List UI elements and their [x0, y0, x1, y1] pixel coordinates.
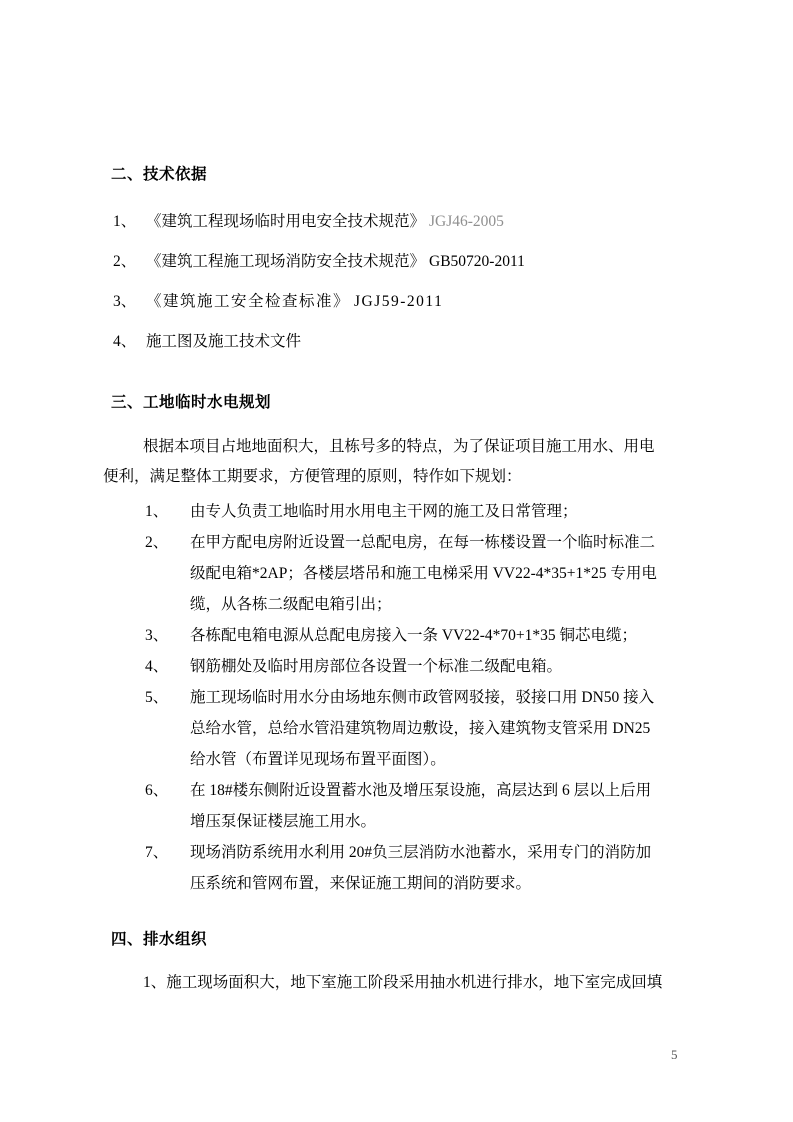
- reference-title: 施工图及施工技术文件: [146, 333, 301, 350]
- reference-code: JGJ59-2011: [354, 293, 443, 310]
- reference-item: 3、 《建筑施工安全检查标准》JGJ59-2011: [103, 282, 685, 322]
- item-text: 各栋配电箱电源从总配电房接入一条 VV22-4*70+1*35 铜芯电缆；: [190, 620, 685, 651]
- document-page: 二、技术依据 1、 《建筑工程现场临时用电安全技术规范》JGJ46-2005 2…: [0, 0, 793, 1122]
- utilities-intro-paragraph: 根据本项目占地地面积大，且栋号多的特点，为了保证项目施工用水、用电 便利，满足整…: [103, 432, 685, 492]
- item-text: 由专人负责工地临时用水用电主干网的施工及日常管理；: [190, 496, 685, 527]
- reference-text: 《建筑工程现场临时用电安全技术规范》JGJ46-2005: [146, 202, 504, 242]
- list-item: 4、 钢筋棚处及临时用房部位各设置一个标准二级配电箱。: [103, 651, 685, 682]
- item-text: 在甲方配电房附近设置一总配电房，在每一栋楼设置一个临时标准二 级配电箱*2AP；…: [190, 527, 685, 620]
- reference-text: 《建筑工程施工现场消防安全技术规范》GB50720-2011: [146, 242, 525, 282]
- reference-item: 2、 《建筑工程施工现场消防安全技术规范》GB50720-2011: [103, 242, 685, 282]
- reference-code: GB50720-2011: [429, 253, 525, 270]
- list-item: 2、 在甲方配电房附近设置一总配电房，在每一栋楼设置一个临时标准二 级配电箱*2…: [103, 527, 685, 620]
- reference-title: 《建筑工程现场临时用电安全技术规范》: [146, 213, 425, 230]
- item-number: 5、: [145, 682, 190, 775]
- document-content: 二、技术依据 1、 《建筑工程现场临时用电安全技术规范》JGJ46-2005 2…: [103, 0, 685, 998]
- reference-title: 《建筑工程施工现场消防安全技术规范》: [146, 253, 425, 270]
- reference-number: 4、: [113, 322, 146, 362]
- item-number: 7、: [145, 837, 190, 899]
- page-number: 5: [671, 1047, 678, 1063]
- list-item: 1、 由专人负责工地临时用水用电主干网的施工及日常管理；: [103, 496, 685, 527]
- item-text: 在 18#楼东侧附近设置蓄水池及增压泵设施，高层达到 6 层以上后用 增压泵保证…: [190, 775, 685, 837]
- utilities-item-list: 1、 由专人负责工地临时用水用电主干网的施工及日常管理； 2、 在甲方配电房附近…: [103, 496, 685, 899]
- item-number: 1、: [145, 496, 190, 527]
- item-number: 2、: [145, 527, 190, 620]
- item-text: 施工现场临时用水分由场地东侧市政管网驳接，驳接口用 DN50 接入 总给水管，总…: [190, 682, 685, 775]
- item-number: 6、: [145, 775, 190, 837]
- item-number: 4、: [145, 651, 190, 682]
- reference-text: 《建筑施工安全检查标准》JGJ59-2011: [146, 282, 443, 322]
- reference-number: 3、: [113, 282, 146, 322]
- list-item: 6、 在 18#楼东侧附近设置蓄水池及增压泵设施，高层达到 6 层以上后用 增压…: [103, 775, 685, 837]
- item-text: 钢筋棚处及临时用房部位各设置一个标准二级配电箱。: [190, 651, 685, 682]
- reference-text: 施工图及施工技术文件: [146, 322, 301, 362]
- list-item: 7、 现场消防系统用水利用 20#负三层消防水池蓄水，采用专门的消防加 压系统和…: [103, 837, 685, 899]
- list-item: 5、 施工现场临时用水分由场地东侧市政管网驳接，驳接口用 DN50 接入 总给水…: [103, 682, 685, 775]
- reference-title: 《建筑施工安全检查标准》: [146, 293, 350, 310]
- section-heading-technical-basis: 二、技术依据: [103, 164, 685, 186]
- section-heading-drainage-organization: 四、排水组织: [103, 929, 685, 951]
- reference-number: 1、: [113, 202, 146, 242]
- reference-item: 4、 施工图及施工技术文件: [103, 322, 685, 362]
- reference-list: 1、 《建筑工程现场临时用电安全技术规范》JGJ46-2005 2、 《建筑工程…: [103, 202, 685, 362]
- reference-item: 1、 《建筑工程现场临时用电安全技术规范》JGJ46-2005: [103, 202, 685, 242]
- drainage-paragraph: 1、施工现场面积大，地下室施工阶段采用抽水机进行排水，地下室完成回填: [103, 968, 685, 998]
- item-number: 3、: [145, 620, 190, 651]
- section-heading-temporary-utilities-plan: 三、工地临时水电规划: [103, 392, 685, 414]
- reference-number: 2、: [113, 242, 146, 282]
- list-item: 3、 各栋配电箱电源从总配电房接入一条 VV22-4*70+1*35 铜芯电缆；: [103, 620, 685, 651]
- item-text: 现场消防系统用水利用 20#负三层消防水池蓄水，采用专门的消防加 压系统和管网布…: [190, 837, 685, 899]
- reference-code: JGJ46-2005: [429, 213, 504, 230]
